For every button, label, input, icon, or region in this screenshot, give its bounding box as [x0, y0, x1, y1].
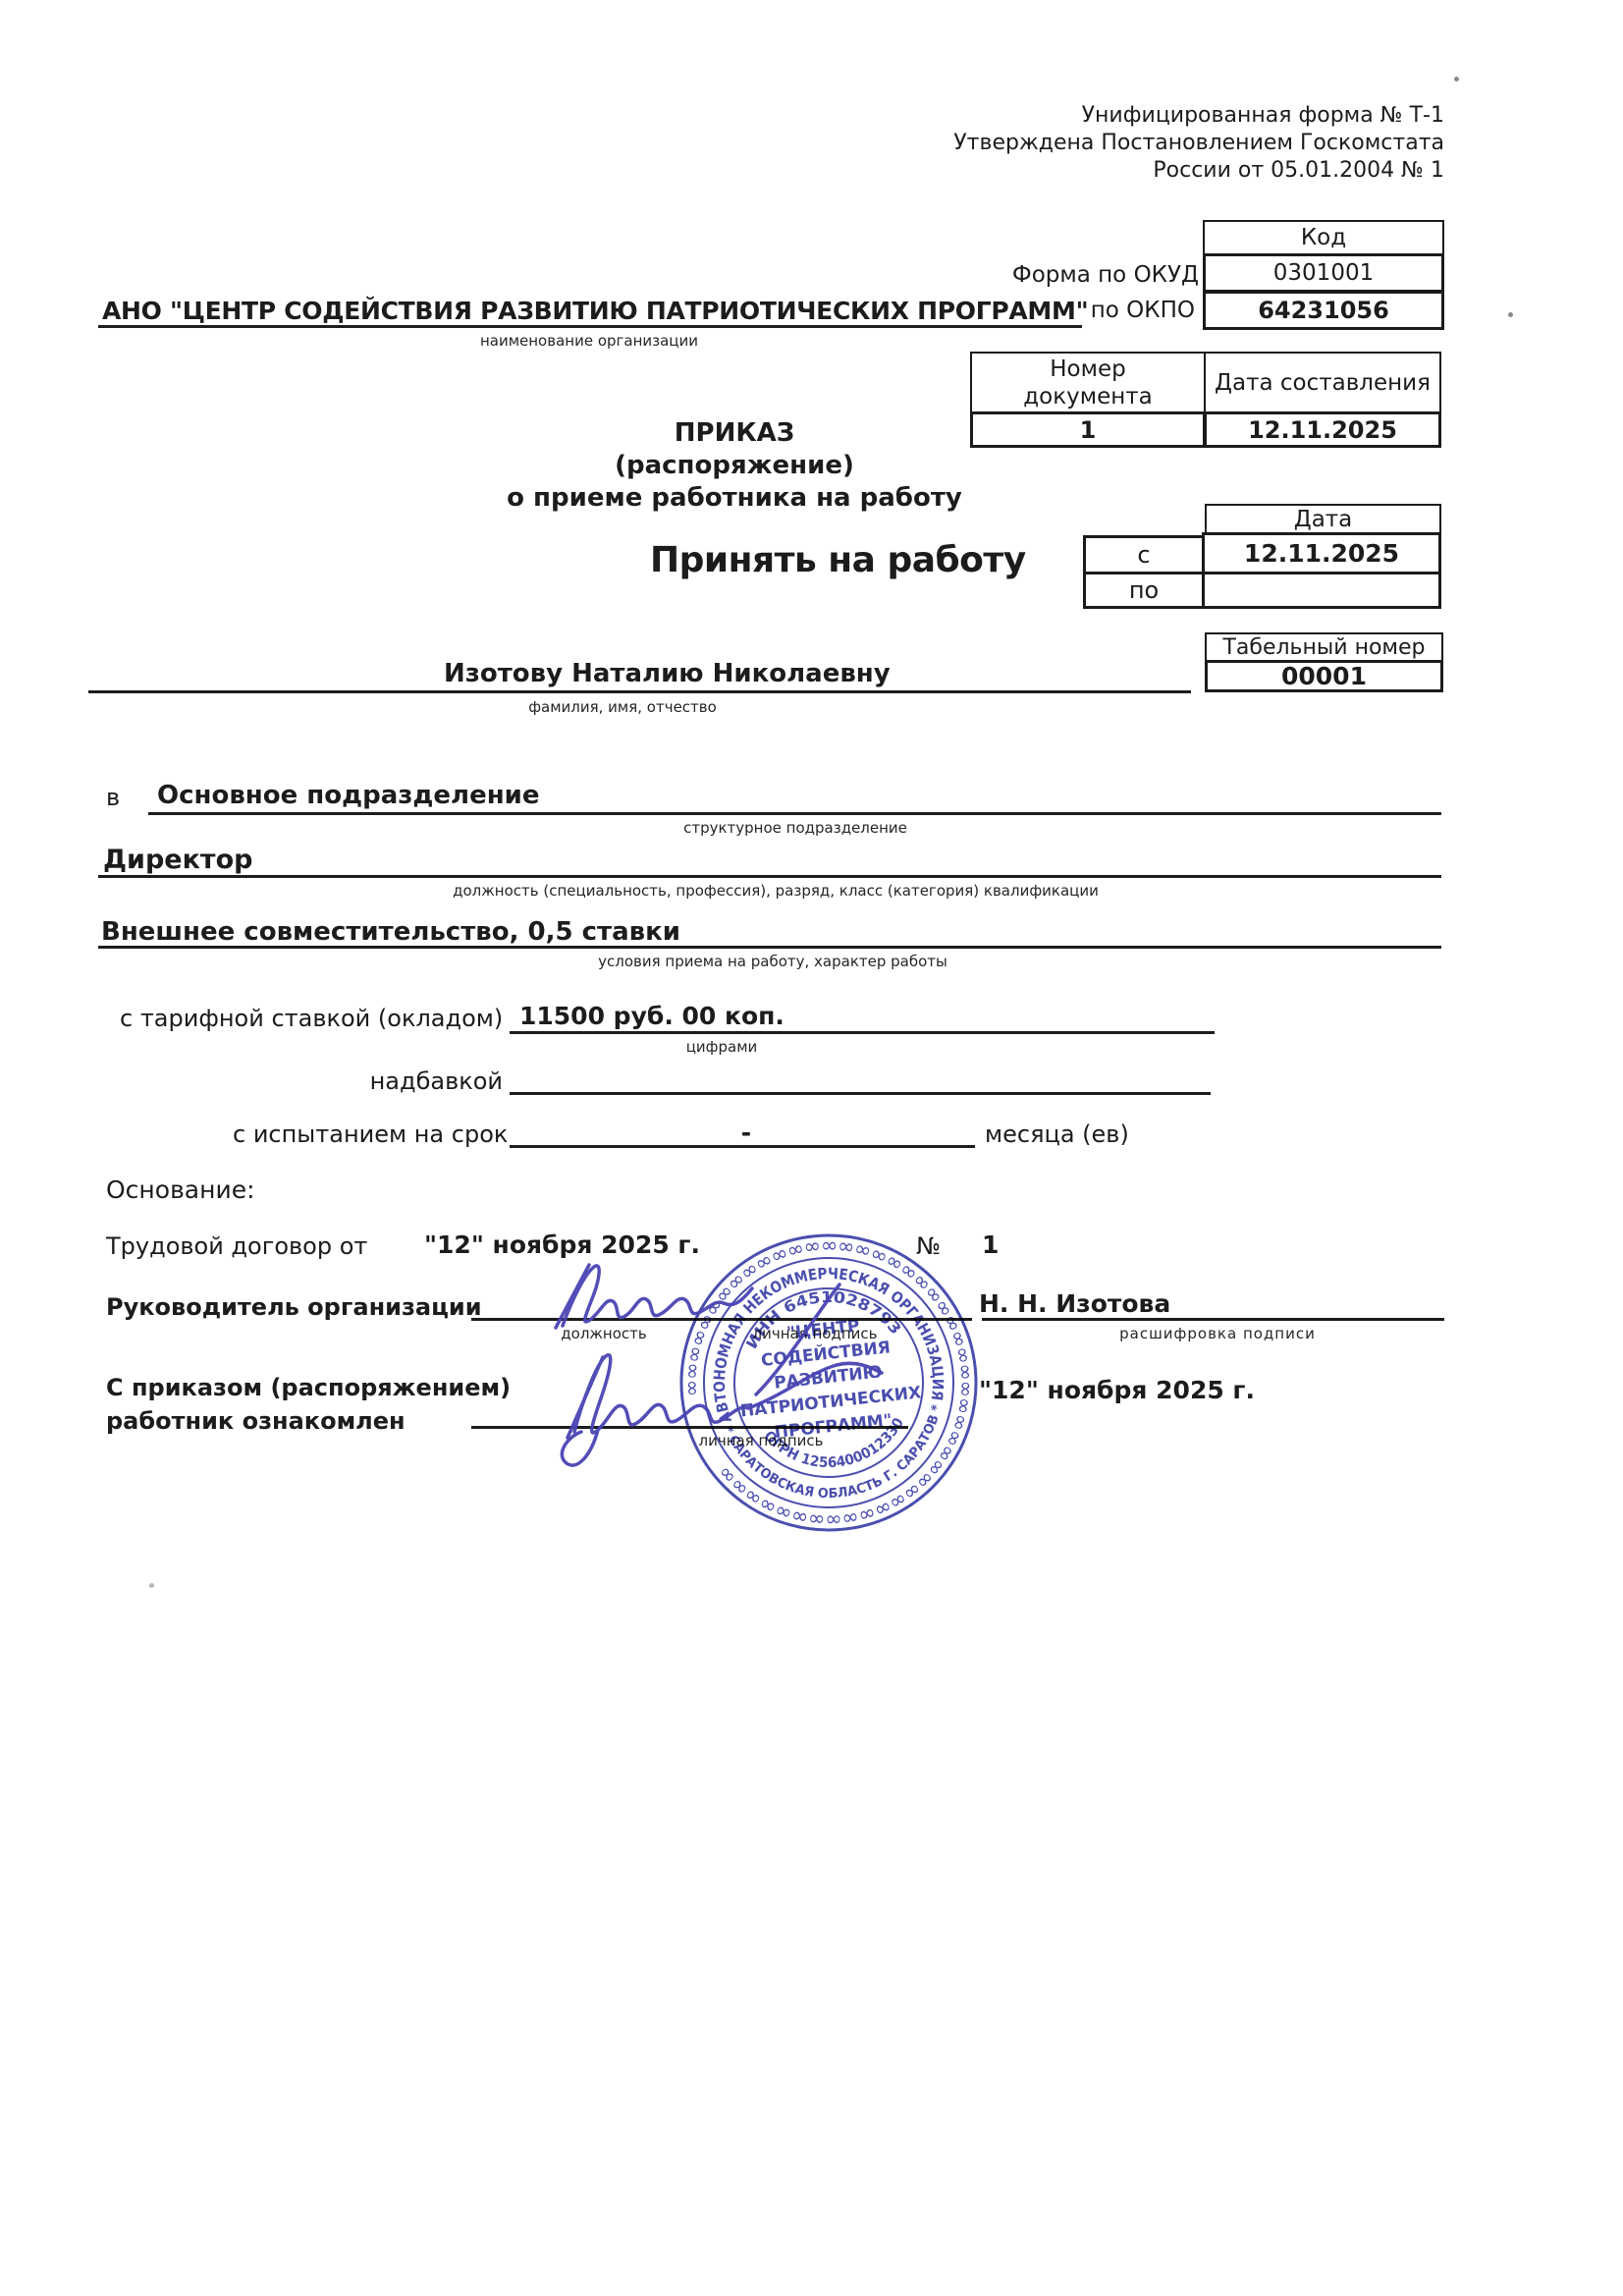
head-name: Н. Н. Изотова [979, 1288, 1170, 1319]
ack-signature-stroke [562, 1430, 598, 1465]
order-title-line1: ПРИКАЗ [440, 417, 1029, 450]
salary-caption: цифрами [574, 1038, 869, 1056]
okud-value-cell: 0301001 [1203, 253, 1444, 293]
hire-from-value-cell: 12.11.2025 [1202, 532, 1441, 574]
okpo-value-cell: 64231056 [1203, 291, 1444, 330]
order-title-line3: о приеме работника на работу [440, 482, 1029, 515]
contract-date: "12" ноября 2025 г. [424, 1230, 700, 1260]
ack-signature-line [471, 1426, 908, 1429]
conditions-underline [98, 946, 1441, 949]
organization-name: АНО "ЦЕНТР СОДЕЙСТВИЯ РАЗВИТИЮ ПАТРИОТИЧ… [102, 296, 1088, 326]
department-prefix: в [106, 783, 120, 812]
doc-number-header: Номер документа [1014, 355, 1162, 410]
scan-speck [1508, 312, 1513, 317]
head-signature-caption: личная подпись [717, 1325, 913, 1342]
seal-inner-circle [725, 1279, 932, 1486]
probation-suffix: месяца (ев) [985, 1120, 1129, 1149]
scan-speck [1454, 77, 1459, 82]
basis-label: Основание: [106, 1175, 255, 1205]
department-underline [148, 812, 1441, 815]
ack-label-line1: С приказом (распоряжением) [106, 1373, 511, 1402]
position-underline [98, 875, 1441, 878]
form-note-line3: России от 05.01.2004 № 1 [687, 157, 1444, 185]
doc-number-value-cell: 1 [970, 411, 1206, 448]
personnel-number-value-cell: 00001 [1205, 660, 1443, 692]
head-label: Руководитель организации [106, 1292, 482, 1322]
conditions-value: Внешнее совместительство, 0,5 ставки [101, 916, 680, 949]
employee-name-caption: фамилия, имя, отчество [426, 698, 819, 716]
form-note-line1: Унифицированная форма № Т-1 [687, 102, 1444, 130]
salary-value: 11500 руб. 00 коп. [519, 1001, 784, 1031]
allowance-underline [510, 1092, 1211, 1095]
ack-signature-stroke [748, 1363, 882, 1408]
department-value: Основное подразделение [157, 780, 540, 812]
contract-number: 1 [982, 1230, 999, 1260]
hire-to-value-cell[interactable] [1202, 572, 1441, 609]
form-note-line2: Утверждена Постановлением Госкомстата [687, 130, 1444, 157]
department-caption: структурное подразделение [599, 819, 992, 837]
salary-underline [510, 1031, 1215, 1034]
hire-to-label-cell: по [1083, 572, 1205, 609]
head-name-line [982, 1318, 1444, 1321]
seal-center-line3: РАЗВИТИЮ [773, 1362, 883, 1393]
seal-ring-bottom-text: * САРАТОВСКАЯ ОБЛАСТЬ Г. САРАТОВ * [720, 1401, 954, 1512]
doc-number-header-cell: Номер документа [970, 352, 1206, 414]
ack-signature-stroke [574, 1355, 748, 1433]
contract-label: Трудовой договор от [106, 1231, 367, 1261]
svg-text:* САРАТОВСКАЯ ОБЛАСТЬ Г. САРАТ: * САРАТОВСКАЯ ОБЛАСТЬ Г. САРАТОВ * [720, 1401, 954, 1512]
head-signature-line [471, 1318, 972, 1321]
conditions-caption: условия приема на работу, характер работ… [478, 953, 1067, 970]
hire-date-header-cell: Дата [1205, 504, 1441, 534]
scanned-order-form-t1: Унифицированная форма № Т-1 Утверждена П… [0, 0, 1623, 2296]
seal-middle-circle [691, 1245, 965, 1519]
ack-label-line2: работник ознакомлен [106, 1406, 406, 1436]
head-signature-stroke [563, 1266, 752, 1326]
scan-speck [149, 1583, 154, 1588]
position-caption: должность (специальность, профессия), ра… [432, 882, 1119, 900]
probation-label: с испытанием на срок [233, 1120, 508, 1149]
personnel-number-label-cell: Табельный номер [1205, 632, 1443, 662]
order-title-line2: (распоряжение) [440, 450, 1029, 482]
seal-center-line4: ПАТРИОТИЧЕСКИХ [739, 1383, 922, 1421]
seal-outer-circle [672, 1226, 986, 1540]
okud-label: Форма по ОКУД [933, 261, 1199, 290]
head-position-caption: должность [506, 1325, 702, 1342]
employee-name: Изотову Наталию Николаевну [444, 658, 891, 690]
hire-from-label-cell: с [1083, 535, 1205, 574]
contract-number-sign: № [916, 1231, 941, 1261]
doc-date-value-cell: 12.11.2025 [1204, 411, 1441, 448]
ack-signature-caption: личная подпись [663, 1432, 859, 1449]
head-name-caption: расшифровка подписи [1070, 1325, 1365, 1342]
organization-caption: наименование организации [393, 332, 785, 350]
doc-date-header-cell: Дата составления [1204, 352, 1441, 414]
organization-seal: ∞∞∞∞∞∞∞∞∞∞∞∞∞∞∞∞∞∞∞∞∞∞∞∞∞∞∞∞∞∞∞∞∞∞∞∞∞∞∞∞… [672, 1226, 986, 1540]
probation-value: - [717, 1118, 776, 1148]
form-regulation-note: Унифицированная форма № Т-1 Утверждена П… [687, 102, 1444, 185]
hire-action: Принять на работу [650, 538, 1026, 582]
position-value: Директор [103, 844, 252, 877]
code-header-cell: Код [1203, 220, 1444, 255]
employee-name-underline [88, 690, 1191, 693]
handwritten-signatures [530, 1237, 1001, 1493]
allowance-label: надбавкой [306, 1066, 503, 1096]
order-title: ПРИКАЗ (распоряжение) о приеме работника… [440, 417, 1029, 515]
ack-date: "12" ноября 2025 г. [979, 1375, 1255, 1405]
probation-underline [510, 1145, 975, 1148]
salary-label: с тарифной ставкой (окладом) [120, 1004, 503, 1033]
seal-chain-ornament: ∞∞∞∞∞∞∞∞∞∞∞∞∞∞∞∞∞∞∞∞∞∞∞∞∞∞∞∞∞∞∞∞∞∞∞∞∞∞∞∞… [672, 1226, 986, 1540]
stamp-chain-glyphs: ∞∞∞∞∞∞∞∞∞∞∞∞∞∞∞∞∞∞∞∞∞∞∞∞∞∞∞∞∞∞∞∞∞∞∞∞∞∞∞∞… [672, 1226, 986, 1540]
organization-underline [98, 325, 1082, 328]
